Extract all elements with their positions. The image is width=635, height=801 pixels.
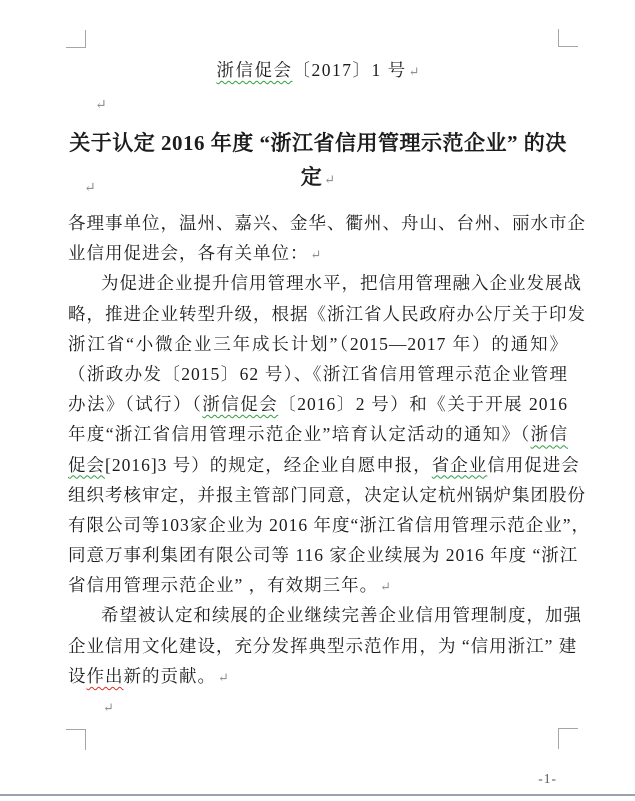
body-line: 有限公司等103家企业为 2016 年度“浙江省信用管理示范企业”， — [68, 510, 568, 540]
body-line: ↵ — [68, 691, 568, 721]
doc-title-text: 关于认定 2016 年度 “浙江省信用管理示范企业” 的决定 — [69, 131, 567, 189]
text-run: 年度“浙江省信用管理示范企业”培育认定活动的通知》（ — [68, 424, 531, 444]
text-run: 有限公司等103家企业为 2016 年度“浙江省信用管理示范企业”， — [68, 515, 590, 535]
body-line: 希望被认定和续展的企业继续完善企业信用管理制度，加强 — [68, 600, 568, 630]
body-line: 各理事单位，温州、嘉兴、金华、衢州、舟山、台州、丽水市企 — [68, 208, 568, 238]
spellcheck-green-underline: 浙信促会 — [216, 60, 292, 80]
body-line: 年度“浙江省信用管理示范企业”培育认定活动的通知》（浙信 — [68, 419, 568, 449]
doc-title: 关于认定 2016 年度 “浙江省信用管理示范企业” 的决定↵ — [60, 126, 576, 197]
paragraph-mark: ↵ — [218, 670, 229, 685]
spellcheck-green-underline: 浙信促会 — [202, 394, 278, 414]
body-line: 促会[2016]3 号）的规定，经企业自愿申报，省企业信用促进会 — [68, 450, 568, 480]
body-line: （浙政办发〔2015〕62 号）、《浙江省信用管理示范企业管理 — [68, 359, 568, 389]
document-body: 各理事单位，温州、嘉兴、金华、衢州、舟山、台州、丽水市企业信用促进会，各有关单位… — [68, 208, 568, 721]
text-run: 设 — [68, 666, 87, 686]
body-line: 设作出新的贡献。↵ — [68, 661, 568, 691]
text-run: 省信用管理示范企业” ，有效期三年。 — [68, 575, 378, 595]
text-boundary-mark-bottom-right — [558, 728, 578, 749]
text-run: 业信用促进会，各有关单位： — [68, 243, 309, 263]
body-line: 同意万事利集团有限公司等 116 家企业续展为 2016 年度 “浙江 — [68, 540, 568, 570]
empty-line-paragraph-mark: ↵ — [84, 181, 96, 197]
paragraph-mark: ↵ — [324, 172, 335, 187]
text-run: 希望被认定和续展的企业继续完善企业信用管理制度，加强 — [101, 605, 582, 625]
text-run: 办法》（试行）（ — [68, 394, 202, 414]
body-line: 浙江省“小微企业三年成长计划”（2015—2017 年）的通知》 — [68, 329, 568, 359]
text-boundary-mark-bottom-left — [66, 729, 86, 750]
paragraph-mark: ↵ — [409, 64, 420, 79]
text-run: 组织考核审定，并报主管部门同意，决定认定杭州锅炉集团股份 — [68, 485, 586, 505]
text-run: [2016]3 号）的规定，经企业自愿申报， — [105, 455, 432, 475]
text-run: 浙江省“小微企业三年成长计划”（2015—2017 年）的通知》 — [68, 334, 568, 354]
text-run: 〔2017〕1 号 — [292, 60, 406, 80]
paragraph-mark: ↵ — [380, 579, 391, 594]
text-run: 各理事单位，温州、嘉兴、金华、衢州、舟山、台州、丽水市企 — [68, 213, 586, 233]
paragraph-mark: ↵ — [103, 700, 114, 715]
body-line: 为促进企业提升信用管理水平，把信用管理融入企业发展战 — [68, 268, 568, 298]
spellcheck-green-underline: 促会 — [68, 455, 105, 475]
page-bottom-edge — [0, 794, 635, 796]
paragraph-mark: ↵ — [311, 247, 322, 262]
footer-page-number: -1- — [68, 771, 568, 787]
doc-number-text: 浙信促会〔2017〕1 号 — [216, 60, 406, 80]
text-run: （浙政办发〔2015〕62 号）、《浙江省信用管理示范企业管理 — [68, 364, 568, 384]
empty-line-paragraph-mark: ↵ — [95, 98, 107, 114]
text-run: 〔2016〕2 号）和《关于开展 2016 — [278, 394, 568, 414]
document-page: 浙信促会〔2017〕1 号↵ ↵ 关于认定 2016 年度 “浙江省信用管理示范… — [0, 0, 635, 801]
text-run: 信用促进会 — [487, 455, 580, 475]
doc-number: 浙信促会〔2017〕1 号↵ — [68, 56, 568, 86]
text-run: 略，推进企业转型升级，根据《浙江省人民政府办公厅关于印发 — [68, 304, 586, 324]
body-line: 业信用促进会，各有关单位：↵ — [68, 238, 568, 268]
body-line: 省信用管理示范企业” ，有效期三年。↵ — [68, 570, 568, 600]
text-boundary-mark-top-right — [558, 29, 578, 47]
spellcheck-red-underline: 作出 — [87, 666, 124, 686]
body-line: 办法》（试行）（浙信促会〔2016〕2 号）和《关于开展 2016 — [68, 389, 568, 419]
body-line: 组织考核审定，并报主管部门同意，决定认定杭州锅炉集团股份 — [68, 480, 568, 510]
text-run: 为促进企业提升信用管理水平，把信用管理融入企业发展战 — [101, 273, 582, 293]
text-run: 新的贡献。 — [124, 666, 217, 686]
body-line: 略，推进企业转型升级，根据《浙江省人民政府办公厅关于印发 — [68, 299, 568, 329]
text-boundary-mark-top-left — [66, 30, 86, 48]
spellcheck-green-underline: 浙信 — [531, 424, 568, 444]
text-run: 同意万事利集团有限公司等 116 家企业续展为 2016 年度 “浙江 — [68, 545, 578, 565]
body-line: 企业信用文化建设，充分发挥典型示范作用，为 “信用浙江” 建 — [68, 631, 568, 661]
spellcheck-green-underline: 省企业 — [432, 455, 488, 475]
text-run: 企业信用文化建设，充分发挥典型示范作用，为 “信用浙江” 建 — [68, 636, 577, 656]
